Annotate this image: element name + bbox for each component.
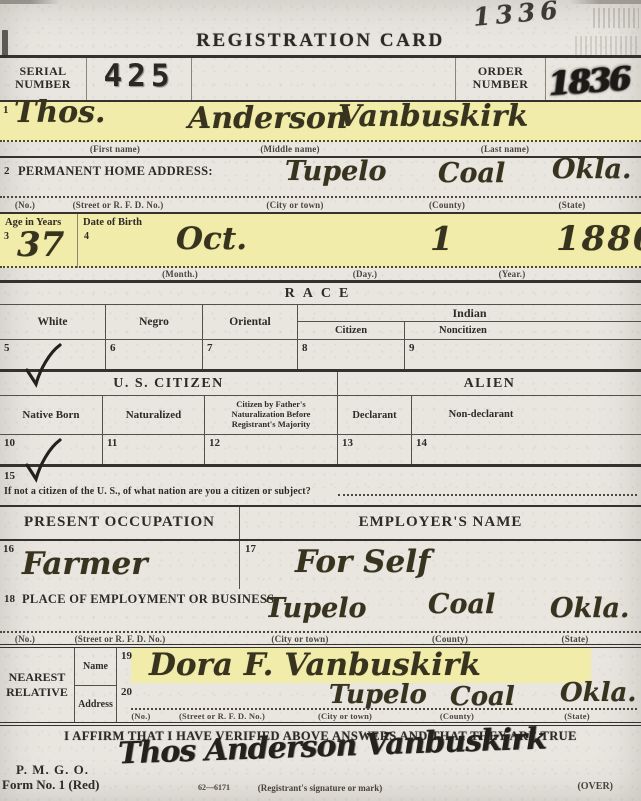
race-indian-label: Indian: [298, 305, 641, 322]
order-number-cell: 1836: [545, 58, 641, 100]
county-caption: (County): [432, 634, 468, 644]
occupation-cell: 16 Farmer: [0, 541, 240, 589]
serial-number-label: SERIAL NUMBER: [0, 58, 86, 100]
dob-year-handwriting: 1880: [556, 222, 641, 256]
over-caption: (OVER): [577, 781, 613, 792]
relative-address-city-handwriting: Tupelo: [329, 682, 427, 708]
non-declarant-label-text: Non-declarant: [444, 409, 518, 421]
box-number-9: 9: [409, 342, 415, 354]
writing-line: [131, 708, 637, 710]
relative-address-state-handwriting: Okla.: [560, 680, 636, 706]
month-caption: (Month.): [162, 269, 198, 279]
race-box-oriental: 7: [203, 339, 298, 369]
race-box-white: 5: [0, 339, 106, 369]
order-number-value: 1836: [547, 59, 631, 103]
race-section-header: RACE: [0, 283, 641, 305]
box-number-6: 6: [110, 342, 116, 354]
city-caption: (City or town): [318, 711, 372, 721]
occupation-handwriting: Farmer: [22, 549, 148, 580]
native-born-label: Native Born: [0, 396, 103, 434]
signature-caption: (Registrant's signature or mark): [258, 783, 382, 793]
home-address-state-handwriting: Okla.: [552, 156, 631, 183]
age-handwriting: 37: [17, 228, 64, 262]
alien-header: ALIEN: [338, 372, 641, 395]
line15-row: 15 If not a citizen of the U. S., of wha…: [0, 467, 641, 507]
home-address-county-handwriting: Coal: [438, 160, 505, 187]
first-name-handwriting: Thos.: [14, 98, 105, 128]
state-caption: (State): [562, 634, 589, 644]
no-caption: (No.): [15, 200, 35, 210]
race-indian-noncitizen-label: Noncitizen: [405, 322, 641, 339]
race-negro-label: Negro: [106, 305, 203, 339]
serial-row-spacer: [192, 58, 455, 100]
line15-question: If not a citizen of the U. S., of what n…: [4, 486, 311, 497]
line-number-4: 4: [84, 231, 89, 242]
city-caption: (City or town): [266, 200, 323, 210]
serial-number-cell: 425: [86, 58, 192, 100]
faint-stamp-artifact: [593, 8, 639, 28]
box-number-7: 7: [207, 342, 213, 354]
alien-box-declarant: 13: [338, 434, 412, 464]
age-dob-row: Age in Years 3 37 Date of Birth 4 Oct. 1…: [0, 214, 641, 268]
race-indian-citizen-label: Citizen: [298, 322, 405, 339]
city-caption: (City or town): [271, 634, 328, 644]
relative-name-label: Name: [75, 648, 117, 686]
serial-number-value: 425: [104, 58, 175, 94]
citizenship-header-row: U. S. CITIZEN ALIEN: [0, 372, 641, 396]
citizenship-table: Native Born Naturalized Citizen by Fathe…: [0, 396, 641, 467]
line-number-19: 19: [121, 650, 132, 662]
form-number-label: Form No. 1 (Red): [2, 777, 99, 793]
citizen-box-father: 12: [205, 434, 338, 464]
order-number-label: ORDER NUMBER: [455, 58, 545, 100]
citizen-box-naturalized: 11: [103, 434, 205, 464]
nearest-relative-label: NEAREST RELATIVE: [0, 648, 75, 722]
line-number-20: 20: [121, 686, 132, 698]
naturalized-label: Naturalized: [103, 396, 205, 434]
box-number-14: 14: [416, 437, 427, 449]
line-number-3: 3: [4, 231, 9, 242]
box-number-10: 10: [4, 437, 15, 449]
age-cell: Age in Years 3 37: [0, 214, 78, 268]
state-caption: (State): [564, 711, 589, 721]
year-caption: (Year.): [499, 269, 526, 279]
street-caption: (Street or R. F. D. No.): [75, 634, 166, 644]
declarant-label: Declarant: [338, 396, 412, 434]
county-caption: (County): [429, 200, 465, 210]
day-caption: (Day.): [353, 269, 377, 279]
alien-box-non-declarant: 14: [412, 434, 641, 464]
employer-handwriting: For Self: [295, 547, 430, 578]
nearest-relative-block: NEAREST RELATIVE Name Address 19 Dora F.…: [0, 648, 641, 726]
race-box-indian-noncitizen: 9: [405, 339, 641, 369]
relative-address-county-handwriting: Coal: [450, 684, 515, 710]
box-number-13: 13: [342, 437, 353, 449]
box-number-11: 11: [107, 437, 117, 449]
citizen-box-native-born: 10: [0, 434, 103, 464]
middle-name-caption: (Middle name): [260, 144, 319, 154]
dob-day-handwriting: 1: [430, 222, 453, 255]
writing-line: [338, 484, 637, 496]
employment-city-handwriting: Tupelo: [265, 595, 367, 622]
occupation-header-row: PRESENT OCCUPATION EMPLOYER'S NAME: [0, 507, 641, 541]
box-number-12: 12: [209, 437, 220, 449]
relative-address-label: Address: [75, 686, 117, 722]
registration-card-scan: 1336 REGISTRATION CARD SERIAL NUMBER 425…: [0, 0, 641, 801]
home-address-city-handwriting: Tupelo: [285, 158, 387, 185]
first-name-caption: (First name): [90, 144, 140, 154]
employers-name-header: EMPLOYER'S NAME: [240, 507, 641, 539]
checkmark-native-born-icon: [22, 437, 64, 486]
line-number-1: 1: [3, 104, 9, 116]
dob-labels-row: (Month.) (Day.) (Year.): [0, 268, 641, 283]
no-caption: (No.): [131, 711, 150, 721]
middle-name-handwriting: Anderson: [188, 104, 348, 134]
last-name-caption: (Last name): [481, 144, 529, 154]
home-address-row: 2 PERMANENT HOME ADDRESS: Tupelo Coal Ok…: [0, 158, 641, 198]
citizen-by-father-label: Citizen by Father's Naturalization Befor…: [205, 396, 338, 434]
line-number-15: 15: [4, 470, 15, 482]
dob-cell: Date of Birth 4 Oct. 1 1880: [78, 214, 641, 268]
employment-county-handwriting: Coal: [428, 591, 495, 618]
employment-labels-row: (No.) (Street or R. F. D. No.) (City or …: [0, 633, 641, 648]
county-caption: (County): [440, 711, 474, 721]
line-number-18: 18: [4, 593, 15, 605]
race-box-negro: 6: [106, 339, 203, 369]
no-caption: (No.): [15, 634, 35, 644]
checkmark-white-icon: [22, 342, 64, 391]
home-address-label: PERMANENT HOME ADDRESS:: [18, 164, 213, 179]
race-oriental-label: Oriental: [203, 305, 298, 339]
employment-place-label: PLACE OF EMPLOYMENT OR BUSINESS:: [22, 592, 279, 607]
occupation-row: 16 Farmer 17 For Self: [0, 541, 641, 589]
print-code: 62—6171: [198, 783, 230, 792]
line-number-16: 16: [3, 543, 14, 555]
race-white-label: White: [0, 305, 106, 339]
street-caption: (Street or R. F. D. No.): [73, 200, 164, 210]
relative-name-handwriting: Dora F. Vanbuskirk: [149, 650, 481, 681]
footer-block: P. M. G. O. Form No. 1 (Red) 62—6171 Tho…: [0, 746, 641, 801]
card-title: REGISTRATION CARD: [0, 30, 641, 52]
relative-address-cell: 20 Tupelo Coal Okla. (No.) (Street or R.…: [117, 686, 641, 722]
line-number-2: 2: [4, 165, 10, 177]
employment-state-handwriting: Okla.: [550, 595, 629, 622]
employment-place-row: 18 PLACE OF EMPLOYMENT OR BUSINESS: Tupe…: [0, 589, 641, 633]
home-address-labels-row: (No.) (Street or R. F. D. No.) (City or …: [0, 198, 641, 214]
employer-cell: 17 For Self: [240, 541, 641, 589]
dob-month-handwriting: Oct.: [176, 224, 247, 255]
name-row: 1 Thos. Anderson Vanbuskirk: [0, 102, 641, 142]
header-strip: 1336 REGISTRATION CARD: [0, 0, 641, 55]
race-box-indian-citizen: 8: [298, 339, 405, 369]
street-caption: (Street or R. F. D. No.): [179, 711, 265, 721]
line-number-17: 17: [245, 543, 256, 555]
last-name-handwriting: Vanbuskirk: [338, 102, 528, 132]
penciled-number: 1336: [472, 0, 563, 30]
box-number-5: 5: [4, 342, 10, 354]
pmgo-label: P. M. G. O.: [16, 762, 89, 778]
state-caption: (State): [559, 200, 586, 210]
present-occupation-header: PRESENT OCCUPATION: [0, 507, 240, 539]
non-declarant-label: Non-declarant: [412, 396, 641, 434]
race-table: White Negro Oriental Indian Citizen Nonc…: [0, 305, 641, 372]
box-number-8: 8: [302, 342, 308, 354]
